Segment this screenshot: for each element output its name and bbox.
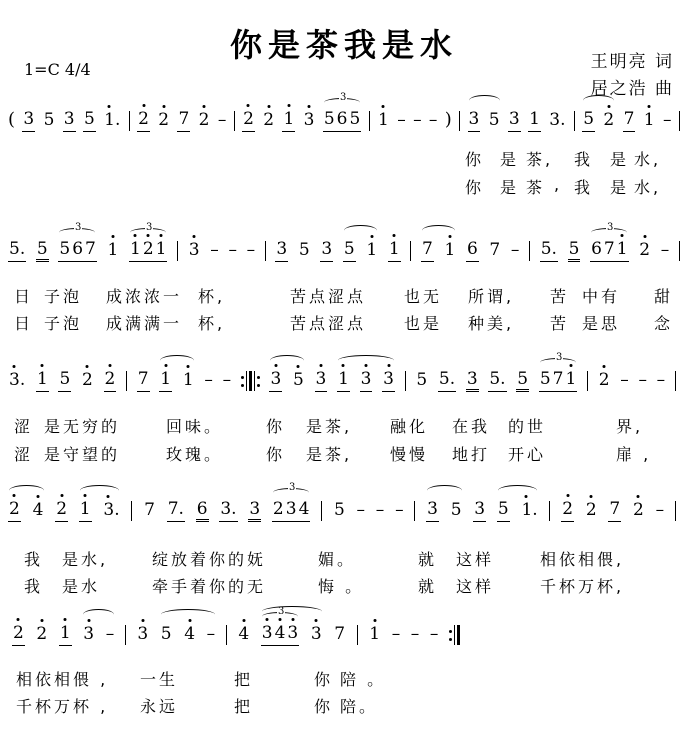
lyric-segment: 陪 。 [340, 667, 386, 690]
note: 5. [8, 239, 26, 262]
lyric-segment: 也是 [404, 311, 442, 334]
lyric-segment: 玫瑰。 [166, 442, 223, 465]
lyric-segment: 成浓浓一 [106, 284, 182, 307]
slur-arc [469, 95, 500, 106]
note: 2 [585, 500, 598, 522]
barline [177, 241, 178, 261]
barline [459, 111, 460, 131]
repeat-bar [457, 625, 460, 645]
note: 3 [248, 499, 261, 522]
barline [549, 501, 550, 521]
duration-dash: – [357, 500, 366, 522]
barline [574, 111, 575, 131]
lyric-segment: 念 [654, 311, 673, 334]
lyric-segment: 媚。 [318, 547, 356, 570]
lyric-segment: 我 [574, 175, 593, 198]
lyric-segment: 你 [314, 667, 333, 690]
lyric-segment: 悔 。 [318, 574, 364, 597]
note: 7 [85, 239, 96, 259]
note: 7 [137, 369, 150, 392]
lyric-line: 我是水,绽放着你的妩媚。就这样相依相偎, [0, 547, 688, 569]
repeat-bar [254, 371, 255, 391]
lyric-segment: 开心 [508, 442, 546, 465]
note-group: 234 [272, 499, 310, 522]
repeat-dot [241, 384, 244, 387]
lyric-line: 你是茶,我是水, [0, 175, 688, 197]
note: 6 [72, 239, 83, 259]
note: 5 [292, 370, 305, 392]
triplet-number: 3 [288, 483, 296, 493]
note: 3 [287, 623, 298, 643]
repeat-dots [449, 630, 452, 641]
lyric-segment: 回味。 [166, 414, 223, 437]
duration-dash: – [207, 624, 216, 646]
repeat-bar [249, 371, 252, 391]
duration-dash: – [204, 370, 213, 392]
slur-arc [9, 485, 44, 496]
note: 7 [333, 624, 346, 646]
repeat-bar [246, 371, 247, 391]
note: 1 [365, 240, 378, 262]
note: 5 [415, 370, 428, 392]
lyric-segment: 一生 [140, 667, 178, 690]
lyric-segment: 是水, [62, 547, 108, 570]
barline [129, 111, 130, 131]
lyric-segment: 你 [465, 147, 484, 170]
slur-arc [498, 485, 537, 496]
lyric-segment: 子泡 [44, 284, 82, 307]
barline [357, 625, 358, 645]
note: 3 [63, 109, 76, 132]
note: 4 [32, 500, 45, 522]
note: 4 [275, 623, 286, 643]
note: 7 [604, 239, 615, 259]
note: 3. [8, 370, 26, 392]
note: 4 [183, 624, 196, 646]
note: 5 [540, 369, 551, 389]
lyric-segment: 是 [610, 175, 629, 198]
note: 2 [638, 240, 651, 262]
note: 7 [488, 240, 501, 262]
note: 3 [468, 109, 481, 132]
barline [414, 501, 415, 521]
lyric-segment: 苦 [550, 284, 569, 307]
note: 2 [12, 623, 25, 646]
note: 3 [188, 240, 201, 262]
lyric-segment: 你 [314, 694, 333, 717]
note: 2 [242, 109, 255, 132]
lyric-segment: 是无穷的 [44, 414, 120, 437]
barline [234, 111, 235, 131]
barline [321, 501, 322, 521]
note: 3 [22, 109, 35, 132]
lyric-segment: 成满满一 [106, 311, 182, 334]
lyric-segment: 就 [418, 547, 437, 570]
repeat-both-sign [241, 370, 260, 392]
lyric-segment: 杯, [198, 284, 225, 307]
note: 1 [59, 623, 72, 646]
note: 7 [608, 499, 621, 522]
music-line: 3.1522711––35313355.35.55712–––3 [8, 352, 676, 392]
note: 1 [182, 370, 195, 392]
duration-dash: – [411, 624, 420, 646]
lyric-segment: 扉 , [616, 442, 651, 465]
duration-dash: – [210, 240, 219, 262]
note: 1 [36, 369, 49, 392]
note: 1 [107, 240, 120, 262]
note: 1 [337, 369, 350, 392]
lyric-segment: 千杯万杯, [540, 574, 624, 597]
lyric-line: 相依相偎 ,一生把你陪 。 [0, 667, 688, 689]
note-group: 567 [58, 239, 96, 262]
note: 3. [219, 499, 237, 522]
lyric-segment: 就 [418, 574, 437, 597]
note: 3 [508, 109, 521, 132]
triplet-number: 3 [145, 223, 153, 233]
lyric-line: 千杯万杯 ,永远把你陪。 [0, 694, 688, 716]
lyric-line: 涩是守望的玫瑰。你是茶,慢慢地打开心扉 , [0, 442, 688, 464]
note: 7 [143, 500, 156, 522]
barline [675, 371, 676, 391]
music-line: 5.556711213–––3535117167–5.56712–333 [8, 222, 680, 262]
duration-dash: – [392, 624, 401, 646]
lyric-segment: 杯, [198, 311, 225, 334]
duration-dash: – [413, 110, 422, 132]
note: 3 [473, 499, 486, 522]
note: 6 [591, 239, 602, 259]
lyric-segment: 苦点涩点 [290, 284, 366, 307]
note: 7 [553, 369, 564, 389]
slur-arc [344, 225, 377, 236]
slur-arc [270, 355, 304, 366]
duration-dash: – [663, 110, 672, 132]
note: 7 [177, 109, 190, 132]
lyric-segment: 水, [634, 175, 661, 198]
note-group: 671 [590, 239, 628, 262]
note: 1. [520, 500, 538, 522]
lyric-segment: 茶 [526, 175, 545, 198]
note: 3 [426, 499, 439, 522]
lyric-segment: 这样 [456, 547, 494, 570]
slur-arc [422, 225, 455, 236]
note: 1 [643, 110, 656, 132]
repeat-dot [257, 384, 260, 387]
lyric-segment: 你 [266, 414, 285, 437]
note: 3. [102, 500, 120, 522]
note: 1 [617, 239, 628, 259]
note: 5 [59, 239, 70, 259]
note: 3 [360, 369, 373, 392]
lyric-segment: 是 [500, 147, 519, 170]
note-group: 121 [129, 239, 167, 262]
note: 2 [598, 370, 611, 392]
note: 2 [137, 109, 150, 132]
lyric-segment: 是 [610, 147, 629, 170]
note: 1 [528, 109, 541, 132]
lyric-segment: 中有 [582, 284, 620, 307]
note: 5 [43, 110, 56, 132]
lyric-segment: 水, [634, 147, 661, 170]
note: 2 [561, 499, 574, 522]
slur-arc [80, 485, 119, 496]
music-line: 2213–354–4343371–––3 [12, 606, 460, 646]
note: 2 [157, 110, 170, 132]
repeat-dot [257, 376, 260, 379]
note: 5. [540, 239, 558, 262]
note: 1 [159, 369, 172, 392]
note: 1 [156, 239, 167, 259]
note-group: 565 [323, 109, 361, 132]
note: 5 [83, 109, 96, 132]
repeat-dots [257, 376, 260, 387]
duration-dash: – [620, 370, 629, 392]
note: 5 [343, 239, 356, 262]
music-line: 24213.77.63.32345–––35351.2272–3 [8, 482, 676, 522]
lyric-segment: 在我 [452, 414, 490, 437]
barline [679, 241, 680, 261]
barline [679, 111, 680, 131]
lyric-segment: 相依相偎 , [16, 667, 108, 690]
lyric-segment: 融化 [390, 414, 428, 437]
barline [529, 241, 530, 261]
note: 3 [320, 239, 333, 262]
lyric-segment: 界, [616, 414, 643, 437]
lyric-line: 你是茶,我是水, [0, 147, 688, 169]
lyric-segment: 我 [24, 547, 43, 570]
sheet-music-page: 你是茶我是水 1=C 4/4 王明亮 词 居之浩 曲 (35351.2272–2… [0, 0, 688, 737]
lyric-segment: 绽放着你的妩 [152, 547, 266, 570]
lyric-segment: , [554, 175, 562, 194]
note: 5 [324, 109, 335, 129]
lyric-segment: 相依相偎, [540, 547, 624, 570]
note: 7 [623, 109, 636, 132]
note: 3. [548, 110, 566, 132]
lyric-segment: 我 [24, 574, 43, 597]
note: 3 [382, 369, 395, 392]
lyric-segment: 苦点涩点 [290, 311, 366, 334]
duration-dash: – [397, 110, 406, 132]
slur-arc [427, 485, 462, 496]
music-line: (35351.2272–22135651–––)35313.5271–3 [8, 92, 680, 132]
parenthesis: ) [445, 110, 452, 132]
note: 5 [58, 369, 71, 392]
lyric-segment: 涩 [14, 442, 33, 465]
note: 3 [303, 110, 316, 132]
note: 1. [103, 110, 121, 132]
note: 2 [8, 499, 21, 522]
slur-arc [583, 95, 614, 106]
repeat-dot [449, 638, 452, 641]
note-group: 343 [261, 623, 299, 646]
note: 7. [167, 499, 185, 522]
lyric-segment: 慢慢 [390, 442, 428, 465]
lyric-segment: 也无 [404, 284, 442, 307]
lyric-segment: 茶, [526, 147, 553, 170]
lyric-line: 我是水牵手着你的无悔 。就这样千杯万杯, [0, 574, 688, 596]
note: 5 [160, 624, 173, 646]
lyric-segment: 是茶, [306, 442, 352, 465]
duration-dash: – [106, 624, 115, 646]
lyric-segment: 是 [500, 175, 519, 198]
barline [126, 371, 127, 391]
duration-dash: – [657, 370, 666, 392]
note: 1 [368, 624, 381, 646]
note: 2 [273, 499, 284, 519]
note: 3 [310, 624, 323, 646]
lyric-segment: 日 [14, 284, 33, 307]
duration-dash: – [661, 240, 670, 262]
duration-dash: – [228, 240, 237, 262]
lyricist-credit: 王明亮 词 [591, 47, 674, 72]
lyric-segment: 牵手着你的无 [152, 574, 266, 597]
triplet-number: 3 [339, 93, 347, 103]
slur-arc [160, 355, 194, 366]
slur-arc [338, 355, 394, 366]
lyric-segment: 是思 [582, 311, 620, 334]
lyric-segment: 把 [234, 667, 253, 690]
note: 5. [438, 369, 456, 392]
lyric-segment: 的世 [508, 414, 546, 437]
repeat-end-sign [449, 624, 460, 646]
note: 3 [82, 624, 95, 646]
lyric-line: 涩是无穷的回味。你是茶,融化在我的世界, [0, 414, 688, 436]
repeat-dot [449, 630, 452, 633]
note: 2 [262, 110, 275, 132]
lyric-segment: 地打 [452, 442, 490, 465]
lyric-segment: 苦 [550, 311, 569, 334]
note: 7 [421, 239, 434, 262]
note: 5. [488, 369, 506, 392]
duration-dash: – [430, 624, 439, 646]
triplet-number: 3 [555, 353, 563, 363]
note: 3 [275, 239, 288, 262]
lyric-segment: 是茶, [306, 414, 352, 437]
note: 6 [337, 109, 348, 129]
lyric-segment: 是水 [62, 574, 100, 597]
barline [369, 111, 370, 131]
note: 2 [104, 369, 117, 392]
note: 1 [130, 239, 141, 259]
key-time-signature: 1=C 4/4 [24, 60, 91, 79]
duration-dash: – [223, 370, 232, 392]
note: 5 [516, 369, 529, 392]
barline [587, 371, 588, 391]
parenthesis: ( [8, 110, 15, 132]
note: 2 [35, 624, 48, 646]
lyric-line: 日子泡成满满一杯,苦点涩点也是种美,苦是思念 [0, 311, 688, 333]
duration-dash: – [638, 370, 647, 392]
note: 5 [298, 240, 311, 262]
lyric-segment: 这样 [456, 574, 494, 597]
note: 3 [262, 623, 273, 643]
note: 5 [582, 109, 595, 132]
duration-dash: – [376, 500, 385, 522]
lyric-segment: 甜 [654, 284, 673, 307]
note: 2 [143, 239, 154, 259]
note: 5 [497, 499, 510, 522]
barline [226, 625, 227, 645]
barline [405, 371, 406, 391]
note: 1 [282, 109, 295, 132]
note: 3 [315, 369, 328, 392]
lyric-segment: 是守望的 [44, 442, 120, 465]
note: 6 [196, 499, 209, 522]
barline [265, 241, 266, 261]
note: 3 [286, 499, 297, 519]
note: 3 [136, 624, 149, 646]
note: 5 [488, 110, 501, 132]
note: 1 [79, 499, 92, 522]
lyric-segment: 你 [465, 175, 484, 198]
note: 5 [333, 500, 346, 522]
note: 5 [36, 239, 49, 262]
lyric-segment: 你 [266, 442, 285, 465]
duration-dash: – [429, 110, 438, 132]
note: 4 [237, 624, 250, 646]
duration-dash: – [656, 500, 665, 522]
lyric-segment: 永远 [140, 694, 178, 717]
repeat-dots [241, 376, 244, 387]
lyric-segment: 日 [14, 311, 33, 334]
note: 5 [568, 239, 581, 262]
lyric-line: 日子泡成浓浓一杯,苦点涩点也无所谓,苦中有甜 [0, 284, 688, 306]
note: 1 [388, 239, 401, 262]
note: 2 [198, 110, 211, 132]
song-title: 你是茶我是水 [0, 20, 688, 66]
duration-dash: – [511, 240, 520, 262]
barline [675, 501, 676, 521]
slur-arc [161, 609, 215, 620]
note: 3 [269, 369, 282, 392]
duration-dash: – [247, 240, 256, 262]
note: 5 [450, 500, 463, 522]
note: 4 [299, 499, 310, 519]
repeat-dot [241, 376, 244, 379]
duration-dash: – [395, 500, 404, 522]
duration-dash: – [218, 110, 227, 132]
note: 5 [349, 109, 360, 129]
lyric-segment: 把 [234, 694, 253, 717]
barline [410, 241, 411, 261]
barline [131, 501, 132, 521]
note: 1 [565, 369, 576, 389]
note: 1 [443, 240, 456, 262]
lyric-segment: 子泡 [44, 311, 82, 334]
triplet-number: 3 [74, 223, 82, 233]
note: 1 [377, 110, 390, 132]
repeat-bar [454, 625, 455, 645]
lyric-segment: 所谓, [468, 284, 514, 307]
note: 2 [632, 500, 645, 522]
note-group: 571 [539, 369, 577, 392]
note: 2 [55, 499, 68, 522]
barline [125, 625, 126, 645]
triplet-number: 3 [606, 223, 614, 233]
slur-arc [83, 609, 114, 620]
note: 2 [602, 110, 615, 132]
note: 6 [466, 239, 479, 262]
lyric-segment: 陪。 [340, 694, 378, 717]
slur-arc [262, 606, 322, 617]
lyric-segment: 我 [574, 147, 593, 170]
note: 3 [466, 369, 479, 392]
lyric-segment: 种美, [468, 311, 514, 334]
lyric-segment: 千杯万杯 , [16, 694, 108, 717]
lyric-segment: 涩 [14, 414, 33, 437]
note: 2 [81, 370, 94, 392]
